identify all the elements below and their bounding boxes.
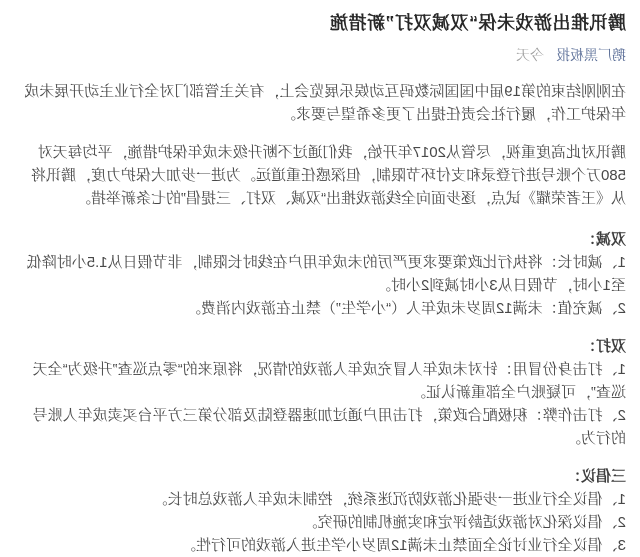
section-header: 双打： <box>14 335 626 358</box>
article-line: 1、倡议全行业进一步强化游戏防沉迷系统，控制未成年人游戏总时长。 <box>14 488 626 511</box>
article-line: 巡查”，可疑账户全部重新认证。 <box>14 381 626 404</box>
article-line: 的行为。 <box>14 427 626 450</box>
article-line: 2、倡议深化对游戏适龄评定和实施机制的研究。 <box>14 511 626 534</box>
article-line: 年保护工作，履行社会责任提出了更多希望与要求。 <box>14 103 626 126</box>
article-line: 1、减时长：将执行比政策要求更严厉的未成年用户在线时长限制，非节假日从1.5小时… <box>14 251 626 274</box>
section-sanchangyi: 三倡议： 1、倡议全行业进一步强化游戏防沉迷系统，控制未成年人游戏总时长。 2、… <box>14 465 626 557</box>
section-header: 三倡议： <box>14 465 626 488</box>
article-line: 2、打击作弊：积极配合政策，打击用户通过加速器登陆及部分第三方平台买卖成年人账号 <box>14 404 626 427</box>
section-header: 双减： <box>14 228 626 251</box>
paragraph-intro: 在刚刚结束的第19届中国国际数码互动娱乐展览会上，有关主管部门对全行业主动开展未… <box>14 80 626 126</box>
article-line: 从《王者荣耀》试点，逐步面向全线游戏推出“双减、双打、三提倡”的七条新举措。 <box>14 187 626 210</box>
article-line: 580万个账号进行登录和支付环节限制，但深感任重道远。为进一步加大保护力度，腾讯… <box>14 164 626 187</box>
article-line: 腾讯对此高度重视，尽管从2017年开始，我们通过不断升级未成年保护措施，平均每天… <box>14 141 626 164</box>
page-title: 腾讯推出游戏未保“双减双打”新措施 <box>14 10 626 36</box>
byline: 鹅厂黑板报今天 <box>14 46 626 64</box>
publish-time: 今天 <box>516 47 544 63</box>
paragraph-measures: 腾讯对此高度重视，尽管从2017年开始，我们通过不断升级未成年保护措施，平均每天… <box>14 141 626 210</box>
article-mirrored-content: 腾讯推出游戏未保“双减双打”新措施 鹅厂黑板报今天 在刚刚结束的第19届中国国际… <box>0 0 640 557</box>
article-line: 2、减充值：未满12周岁未成年人（“小学生”）禁止在游戏内消费。 <box>14 297 626 320</box>
article-line: 在刚刚结束的第19届中国国际数码互动娱乐展览会上，有关主管部门对全行业主动开展未… <box>14 80 626 103</box>
article-line: 至1小时，节假日从3小时减到2小时。 <box>14 274 626 297</box>
account-link[interactable]: 鹅厂黑板报 <box>556 47 626 63</box>
article-line: 3、倡议全行业讨论全面禁止未满12周岁小学生进入游戏的可行性。 <box>14 534 626 557</box>
article-line: 1、打击身份冒用：针对未成年人冒充成年人游戏的情况，将原来的“零点巡查”升级为“… <box>14 358 626 381</box>
section-shuangda: 双打： 1、打击身份冒用：针对未成年人冒充成年人游戏的情况，将原来的“零点巡查”… <box>14 335 626 450</box>
section-shuangjian: 双减： 1、减时长：将执行比政策要求更严厉的未成年用户在线时长限制，非节假日从1… <box>14 228 626 320</box>
article-page: 腾讯推出游戏未保“双减双打”新措施 鹅厂黑板报今天 在刚刚结束的第19届中国国际… <box>0 0 640 557</box>
